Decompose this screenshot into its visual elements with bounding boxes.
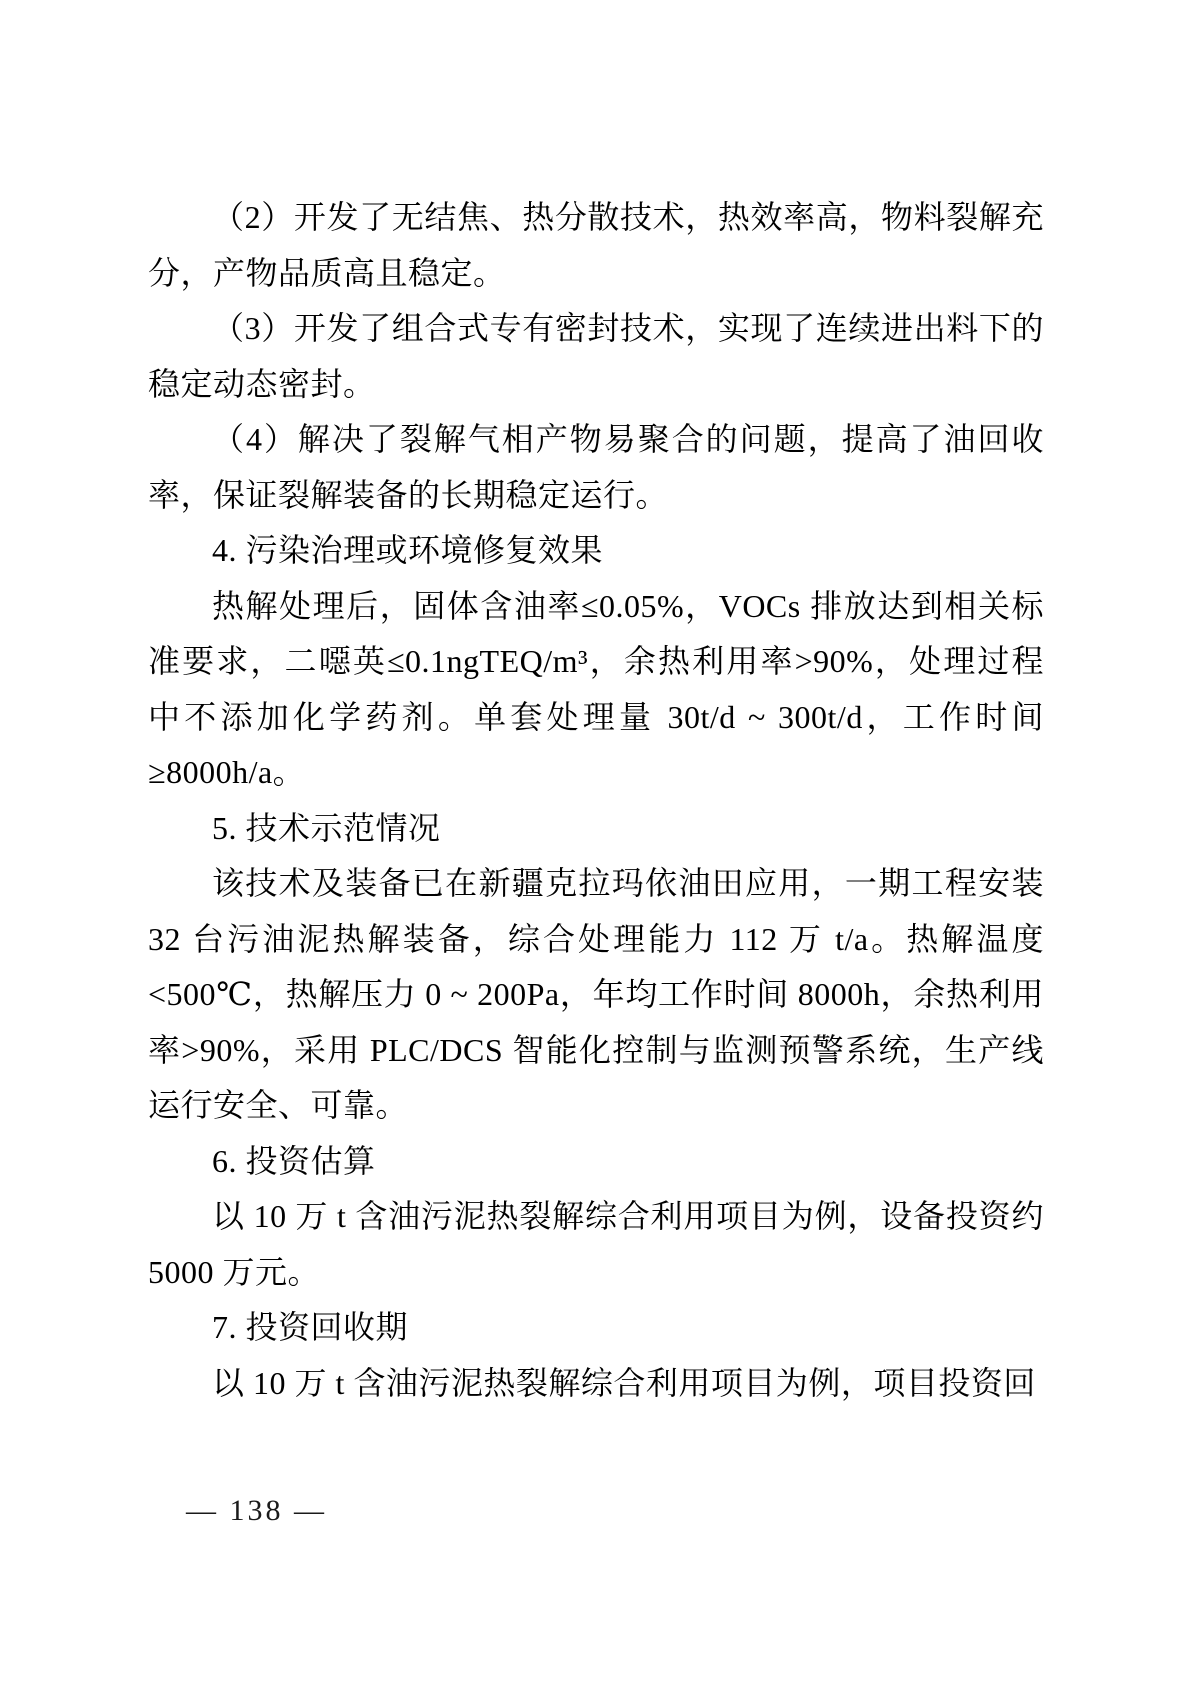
paragraph-item-3: （3）开发了组合式专有密封技术，实现了连续进出料下的稳定动态密封。 xyxy=(148,301,1044,412)
document-page: （2）开发了无结焦、热分散技术，热效率高，物料裂解充分，产物品质高且稳定。 （3… xyxy=(0,0,1191,1684)
paragraph-item-4: （4）解决了裂解气相产物易聚合的问题，提高了油回收率，保证裂解装备的长期稳定运行… xyxy=(148,412,1044,523)
paragraph-item-2: （2）开发了无结焦、热分散技术，热效率高，物料裂解充分，产物品质高且稳定。 xyxy=(148,190,1044,301)
section-heading-5: 5. 技术示范情况 xyxy=(148,801,1044,857)
paragraph-investment: 以 10 万 t 含油污泥热裂解综合利用项目为例，设备投资约 5000 万元。 xyxy=(148,1189,1044,1300)
section-heading-4: 4. 污染治理或环境修复效果 xyxy=(148,523,1044,579)
section-heading-6: 6. 投资估算 xyxy=(148,1134,1044,1190)
page-number: — 138 — xyxy=(186,1494,327,1528)
document-body: （2）开发了无结焦、热分散技术，热效率高，物料裂解充分，产物品质高且稳定。 （3… xyxy=(148,190,1044,1411)
paragraph-demonstration: 该技术及装备已在新疆克拉玛依油田应用，一期工程安装 32 台污油泥热解装备，综合… xyxy=(148,856,1044,1134)
section-heading-7: 7. 投资回收期 xyxy=(148,1300,1044,1356)
paragraph-effect: 热解处理后，固体含油率≤0.05%，VOCs 排放达到相关标准要求，二噁英≤0.… xyxy=(148,579,1044,801)
paragraph-payback: 以 10 万 t 含油污泥热裂解综合利用项目为例，项目投资回 xyxy=(148,1356,1044,1412)
